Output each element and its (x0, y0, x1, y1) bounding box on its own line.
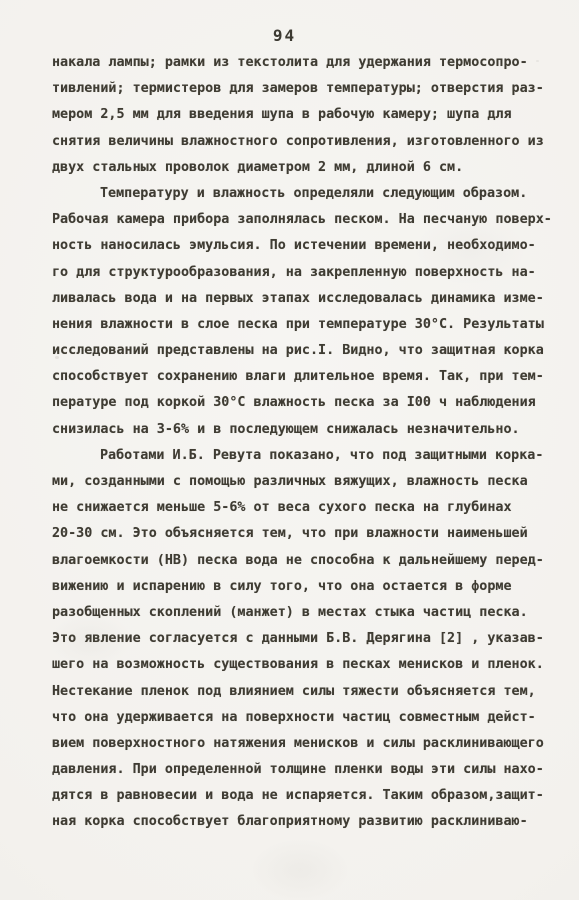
text-line: пературе под коркой 30°С влажность песка… (52, 390, 557, 416)
text-line: вием поверхностного натяжения менисков и… (52, 731, 557, 757)
text-line: 20-30 см. Это объясняется тем, что при в… (52, 521, 557, 547)
text-line: вижению и испарению в силу того, что она… (52, 574, 557, 600)
text-line: влагоемкости (НВ) песка вода не способна… (52, 548, 557, 574)
text-line: не снижается меньше 5-6% от веса сухого … (52, 495, 557, 521)
text-line: дятся в равновесии и вода не испаряется.… (52, 783, 557, 809)
text-line: снизилась на 3-6% и в последующем снижал… (52, 417, 557, 443)
text-line: двух стальных проволок диаметром 2 мм, д… (52, 155, 557, 181)
text-line: ность наносилась эмульсия. По истечении … (52, 233, 557, 259)
page-number: 94 (0, 26, 569, 45)
text-line: ная корка способствует благоприятному ра… (52, 809, 557, 835)
text-line: что она удерживается на поверхности част… (52, 705, 557, 731)
text-line: ливалась вода и на первых этапах исследо… (52, 286, 557, 312)
text-line: ми, созданными с помощью различных вяжущ… (52, 469, 557, 495)
text-line: Нестекание пленок под влиянием силы тяже… (52, 679, 557, 705)
text-line: способствует сохранению влаги длительное… (52, 364, 557, 390)
text-line: давления. При определенной толщине пленк… (52, 757, 557, 783)
text-line: Рабочая камера прибора заполнялась песко… (52, 207, 557, 233)
text-line: мером 2,5 мм для введения шупа в рабочую… (52, 102, 557, 128)
text-line: нения влажности в слое песка при темпера… (52, 312, 557, 338)
text-line: шего на возможность существования в песк… (52, 652, 557, 678)
text-line: снятия величины влажностного сопротивлен… (52, 129, 557, 155)
text-line: исследований представлены на рис.I. Видн… (52, 338, 557, 364)
text-line: го для структурообразования, на закрепле… (52, 260, 557, 286)
text-line: Работами И.Б. Ревута показано, что под з… (52, 443, 557, 469)
text-line: разобщенных скоплений (манжет) в местах … (52, 600, 557, 626)
body-text: накала лампы; рамки из текстолита для уд… (52, 50, 557, 836)
scanned-page: 94 накала лампы; рамки из текстолита для… (0, 0, 579, 900)
text-line: накала лампы; рамки из текстолита для уд… (52, 50, 557, 76)
text-line: Это явление согласуется с данными Б.В. Д… (52, 626, 557, 652)
text-line: Температуру и влажность определяли следу… (52, 181, 557, 207)
text-line: тивлений; термистеров для замеров темпер… (52, 76, 557, 102)
